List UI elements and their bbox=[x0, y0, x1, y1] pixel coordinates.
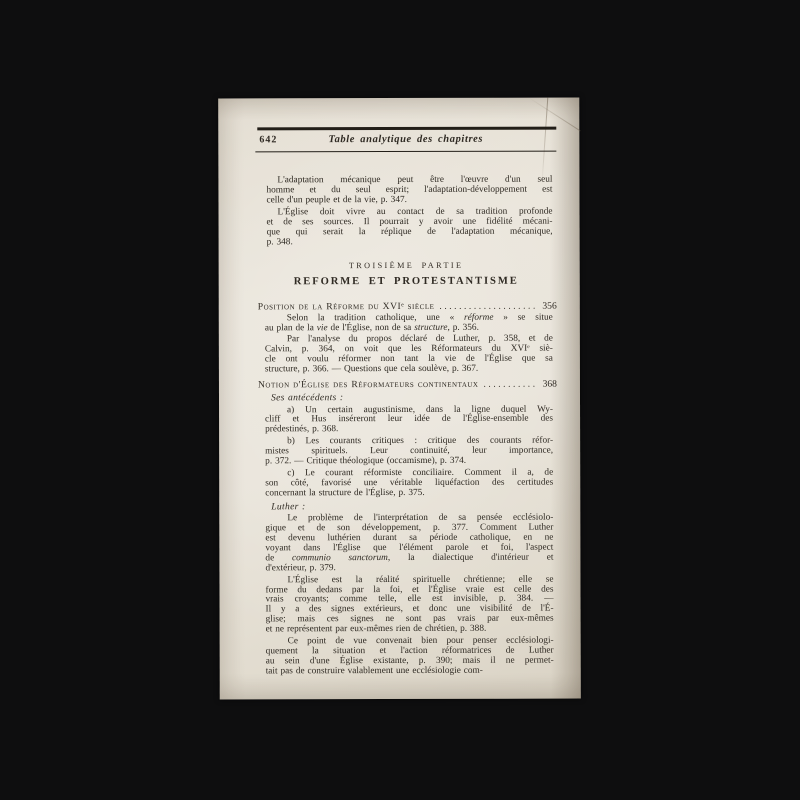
paragraph-adaptation: L'adaptation mécanique peut être l'œuvre… bbox=[266, 176, 552, 206]
paragraph-luther-calvin: Par l'analyse du propos déclaré de Luthe… bbox=[265, 335, 553, 375]
text-line: d'extérieur, p. 379. bbox=[265, 563, 553, 574]
toc-entry-notion-eglise: Notion d'Église des Réformateurs contine… bbox=[258, 380, 557, 391]
text-segment-italic: structure bbox=[414, 322, 447, 332]
toc-dot-leader: ........................................… bbox=[434, 301, 534, 311]
text-line: tait pas de construire valablement une e… bbox=[266, 666, 554, 677]
text-segment: de bbox=[265, 553, 292, 563]
table-of-contents-body: L'adaptation mécanique peut être l'œuvre… bbox=[255, 152, 557, 677]
text-line: et ne représentent par eux-mêmes rien de… bbox=[266, 625, 554, 636]
toc-dot-leader: ........................................… bbox=[478, 380, 535, 390]
running-head-rule-top bbox=[257, 127, 556, 130]
text-segment: Selon la tradition catholique, une « bbox=[287, 312, 464, 322]
book-page-photo: 642 Table analytique des chapitres L'ada… bbox=[218, 98, 581, 700]
paragraph-eglise-tradition: L'Église doit vivre au contact de sa tra… bbox=[267, 208, 553, 248]
text-segment: , p. 356. bbox=[447, 322, 478, 332]
text-line: concernant la structure de l'Église, p. … bbox=[265, 488, 553, 499]
part-kicker: TROISIÈME PARTIE bbox=[256, 260, 557, 271]
paragraph-c-courant-reformiste: c) Le courant réformiste conciliaire. Co… bbox=[265, 469, 553, 499]
text-line: p. 372. — Critique théologique (occamism… bbox=[265, 457, 553, 468]
toc-entry-page: 356 bbox=[535, 301, 557, 311]
paragraph-selon-tradition: Selon la tradition catholique, une « réf… bbox=[265, 313, 553, 334]
toc-entry-position-reforme: Position de la Réforme du XVIᵉ siècle ..… bbox=[258, 301, 557, 312]
text-line: p. 348. bbox=[267, 237, 553, 248]
subhead-luther: Luther : bbox=[271, 500, 557, 512]
text-segment-italic: vie bbox=[317, 323, 328, 333]
text-segment: » se situe bbox=[493, 312, 552, 322]
paragraph-probleme-interpretation: Le problème de l'interprétation de sa pe… bbox=[265, 514, 553, 574]
paragraph-realite-spirituelle: L'Église est la réalité spirituelle chré… bbox=[265, 575, 553, 635]
paragraph-point-de-vue: Ce point de vue convenait bien pour pens… bbox=[266, 637, 554, 677]
toc-entry-label: Notion d'Église des Réformateurs contine… bbox=[258, 380, 479, 391]
text-segment: , la dialectique d'intérieur et bbox=[388, 552, 554, 562]
paragraph-a-augustinisme: a) Un certain augustinisme, dans la lign… bbox=[265, 405, 553, 435]
running-head: 642 Table analytique des chapitres bbox=[255, 132, 556, 150]
toc-entry-page: 368 bbox=[535, 380, 557, 390]
text-segment-italic: réforme bbox=[464, 312, 493, 322]
photo-canvas: { "scene": { "background_color": "#0e0e0… bbox=[0, 0, 800, 800]
text-segment-italic: communio sanctorum bbox=[292, 553, 388, 563]
text-segment: de l'Église, non de sa bbox=[328, 322, 415, 332]
paragraph-b-courants-critiques: b) Les courants critiques : critique des… bbox=[265, 437, 553, 467]
toc-entry-label: Position de la Réforme du XVIᵉ siècle bbox=[258, 302, 435, 312]
subhead-ses-antecedents: Ses antécédents : bbox=[271, 392, 557, 404]
text-line: que qui serait la réplique de l'adaptati… bbox=[267, 227, 553, 238]
text-line: celle d'un peuple et de la vie, p. 347. bbox=[266, 196, 552, 207]
text-segment: au plan de la bbox=[265, 323, 317, 333]
page-content: 642 Table analytique des chapitres L'ada… bbox=[255, 98, 558, 678]
text-line: prédestinés, p. 368. bbox=[265, 425, 553, 436]
text-line: au plan de la vie de l'Église, non de sa… bbox=[265, 323, 553, 334]
text-line: structure, p. 366. — Questions que cela … bbox=[265, 365, 553, 376]
running-head-title: Table analytique des chapitres bbox=[255, 133, 556, 145]
part-title: REFORME ET PROTESTANTISME bbox=[256, 275, 557, 288]
